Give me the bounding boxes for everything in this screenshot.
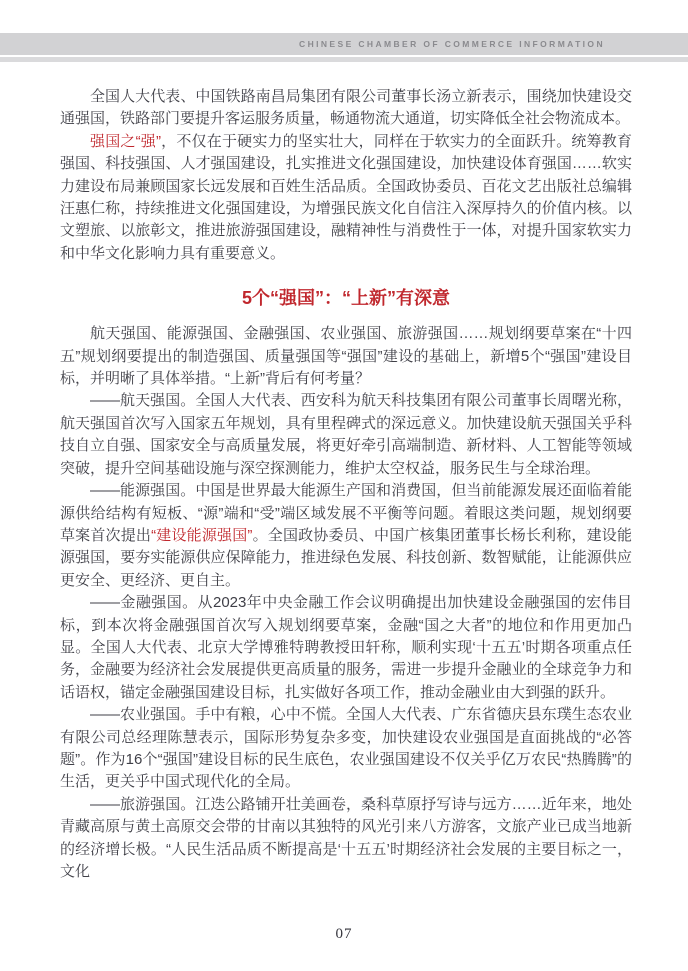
- article-section-heading: 5个“强国”：“上新”有深意: [60, 285, 632, 311]
- article-content: 全国人大代表、中国铁路南昌局集团有限公司董事长汤立新表示，围绕加快建设交通强国，…: [60, 86, 632, 883]
- magazine-page: CHINESE CHAMBER OF COMMERCE INFORMATION …: [0, 0, 688, 971]
- header-divider-bar: [0, 57, 688, 62]
- paragraph: ——旅游强国。江迭公路铺开壮美画卷，桑科草原抒写诗与远方……近年来，地处青藏高原…: [60, 794, 632, 884]
- accent-text: 强国之“强”: [90, 133, 161, 150]
- paragraph: 强国之“强”，不仅在于硬实力的坚实壮大，同样在于软实力的全面跃升。统筹教育强国、…: [60, 131, 632, 265]
- body-text: ——金融强国。从2023年中央金融工作会议明确提出加快建设金融强国的宏伟目标，到…: [60, 594, 632, 701]
- header-banner-title: CHINESE CHAMBER OF COMMERCE INFORMATION: [299, 33, 605, 55]
- page-number: 07: [0, 926, 688, 943]
- paragraph: ——金融强国。从2023年中央金融工作会议明确提出加快建设金融强国的宏伟目标，到…: [60, 592, 632, 704]
- paragraph: 航天强国、能源强国、金融强国、农业强国、旅游强国……规划纲要草案在“十四五”规划…: [60, 323, 632, 390]
- body-text: ——航天强国。全国人大代表、西安科为航天科技集团有限公司董事长周曙光称，航天强国…: [60, 392, 632, 476]
- paragraph: ——航天强国。全国人大代表、西安科为航天科技集团有限公司董事长周曙光称，航天强国…: [60, 390, 632, 480]
- body-text: ——旅游强国。江迭公路铺开壮美画卷，桑科草原抒写诗与远方……近年来，地处青藏高原…: [60, 796, 632, 880]
- header-banner: CHINESE CHAMBER OF COMMERCE INFORMATION: [0, 33, 688, 55]
- paragraph: 全国人大代表、中国铁路南昌局集团有限公司董事长汤立新表示，围绕加快建设交通强国，…: [60, 86, 632, 131]
- body-text: 全国人大代表、中国铁路南昌局集团有限公司董事长汤立新表示，围绕加快建设交通强国，…: [60, 88, 632, 127]
- paragraph: ——能源强国。中国是世界最大能源生产国和消费国，但当前能源发展还面临着能源供给结…: [60, 480, 632, 592]
- body-text: ——农业强国。手中有粮，心中不慌。全国人大代表、广东省德庆县东璞生态农业有限公司…: [60, 706, 632, 790]
- article-body-bottom: 航天强国、能源强国、金融强国、农业强国、旅游强国……规划纲要草案在“十四五”规划…: [60, 323, 632, 883]
- article-body-top: 全国人大代表、中国铁路南昌局集团有限公司董事长汤立新表示，围绕加快建设交通强国，…: [60, 86, 632, 265]
- body-text: ，不仅在于硬实力的坚实壮大，同样在于软实力的全面跃升。统筹教育强国、科技强国、人…: [60, 133, 632, 262]
- accent-text: “建设能源强国”: [151, 527, 252, 544]
- paragraph: ——农业强国。手中有粮，心中不慌。全国人大代表、广东省德庆县东璞生态农业有限公司…: [60, 704, 632, 794]
- body-text: 航天强国、能源强国、金融强国、农业强国、旅游强国……规划纲要草案在“十四五”规划…: [60, 325, 632, 387]
